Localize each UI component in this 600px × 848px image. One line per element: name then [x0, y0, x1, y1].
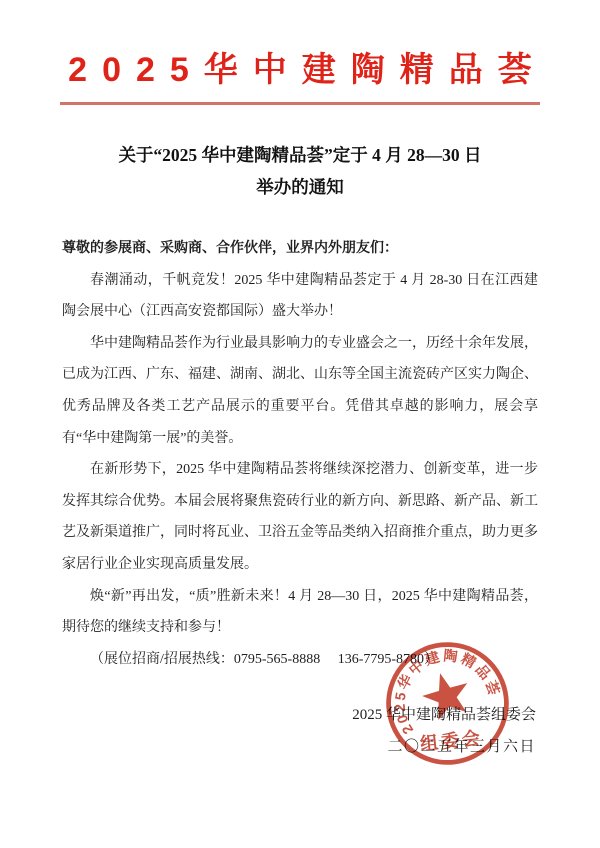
event-banner-title: 2025华中建陶精品荟 — [0, 50, 600, 90]
body-paragraph-1: 春潮涌动，千帆竞发！2025 华中建陶精品荟定于 4 月 28-30 日在江西建… — [62, 265, 538, 328]
signature-date: 二〇二五年三月六日 — [0, 731, 536, 763]
body-paragraph-3: 在新形势下，2025 华中建陶精品荟将继续深挖潜力、创新变革，进一步发挥其综合优… — [62, 454, 538, 580]
salutation-line: 尊敬的参展商、采购商、合作伙伴，业界内外朋友们： — [62, 233, 538, 265]
signature-organization: 2025 华中建陶精品荟组委会 — [0, 699, 536, 731]
body-paragraph-4: 焕“新”再出发，“质”胜新未来！4 月 28—30 日，2025 华中建陶精品荟… — [62, 581, 538, 644]
document-title-line2: 举办的通知 — [0, 171, 600, 203]
banner-divider-rule — [60, 102, 540, 105]
contact-hotline-line: （展位招商/招展热线：0795-565-8888 136-7795-8780） — [62, 644, 538, 676]
signature-block: 2025 华中建陶精品荟组委会 二〇二五年三月六日 — [0, 699, 600, 763]
document-title: 关于“2025 华中建陶精品荟”定于 4 月 28—30 日 举办的通知 — [0, 139, 600, 203]
notice-document-page: 2025华中建陶精品荟 关于“2025 华中建陶精品荟”定于 4 月 28—30… — [0, 0, 600, 848]
body-paragraph-2: 华中建陶精品荟作为行业最具影响力的专业盛会之一，历经十余年发展，已成为江西、广东… — [62, 328, 538, 454]
document-title-line1: 关于“2025 华中建陶精品荟”定于 4 月 28—30 日 — [0, 139, 600, 171]
notice-body: 尊敬的参展商、采购商、合作伙伴，业界内外朋友们： 春潮涌动，千帆竞发！2025 … — [62, 233, 538, 675]
